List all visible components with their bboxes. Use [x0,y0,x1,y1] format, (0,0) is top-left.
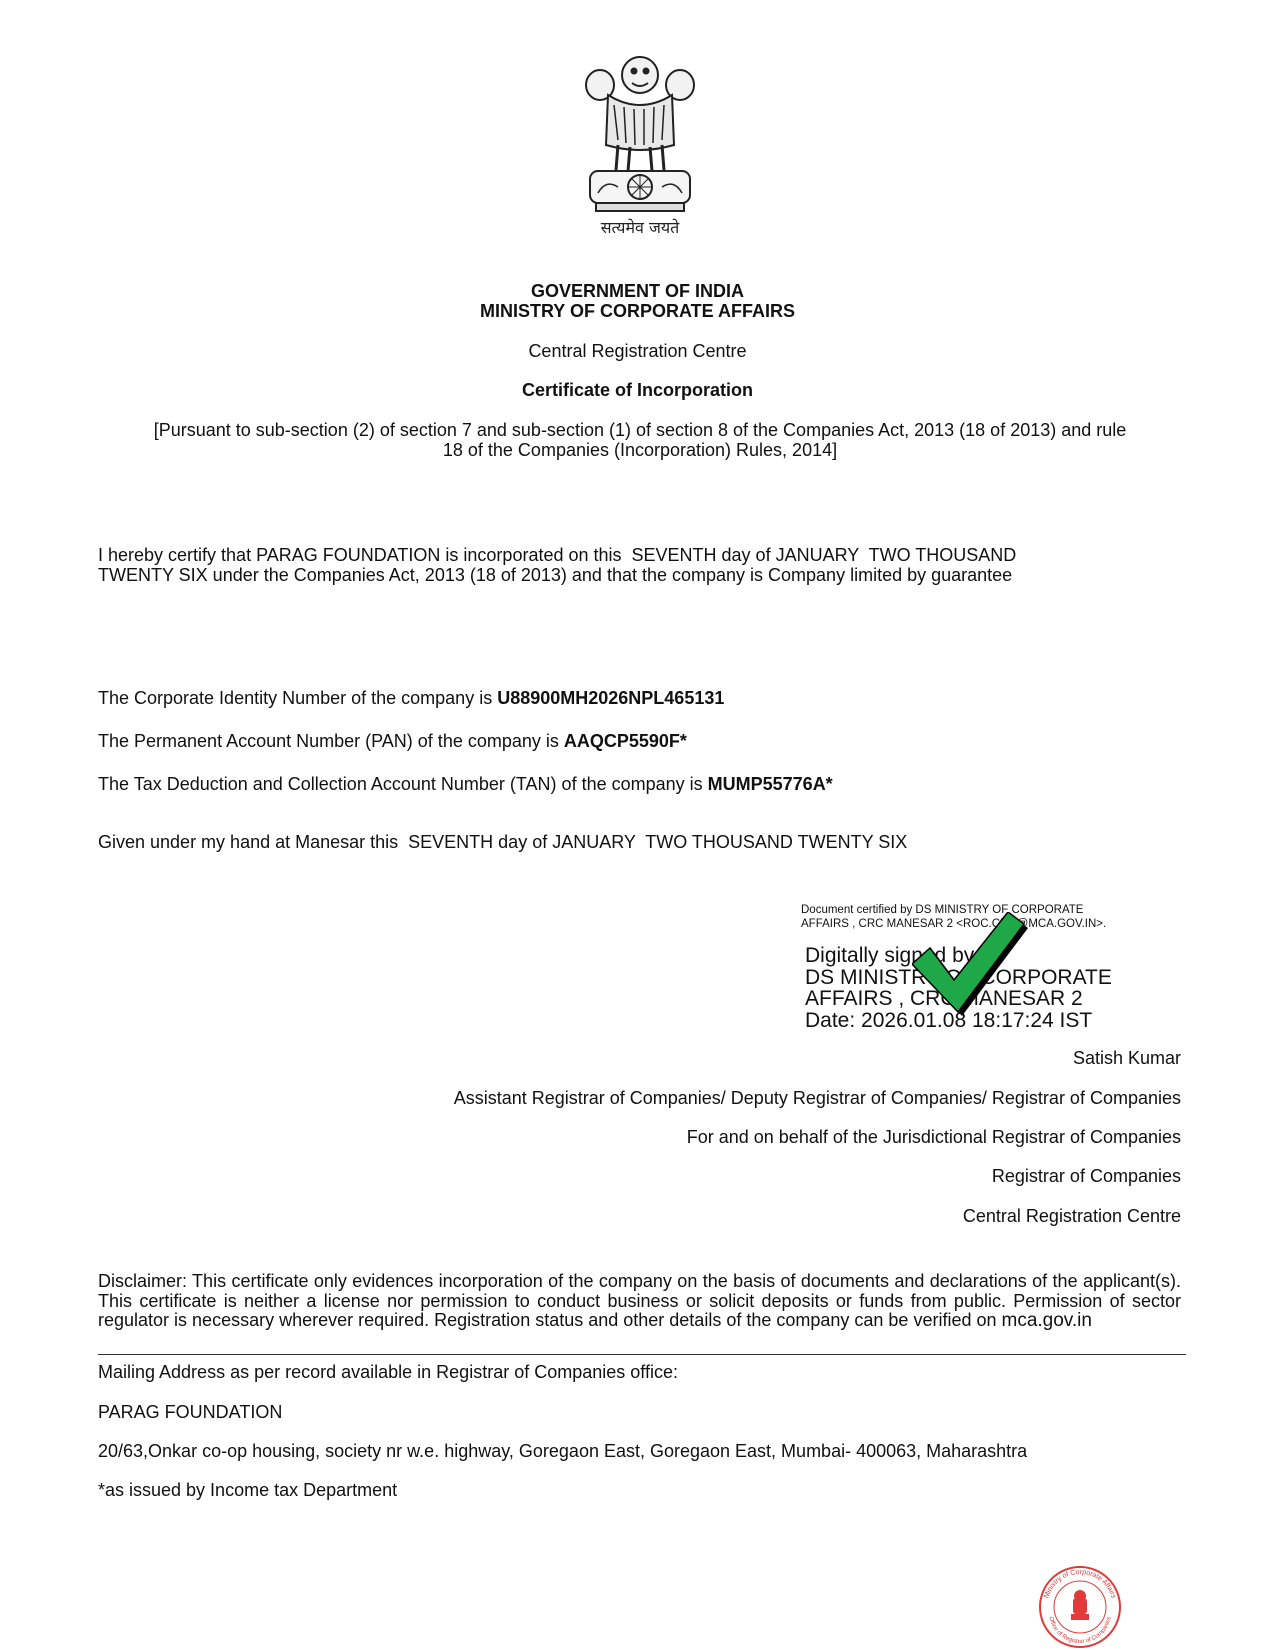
section-divider [98,1354,1186,1355]
pursuant-clause: [Pursuant to sub-section (2) of section … [100,420,1180,460]
centre-line: Central Registration Centre [963,1206,1181,1226]
emblem-motto: सत्यमेव जयते [578,216,702,238]
given-under-hand: Given under my hand at Manesar this SEVE… [98,832,907,852]
certification-line-1: I hereby certify that PARAG FOUNDATION i… [98,545,1198,565]
certification-line-2: TWENTY SIX under the Companies Act, 2013… [98,565,1198,585]
pan-label: The Permanent Account Number (PAN) of th… [98,731,564,751]
office-name: Central Registration Centre [0,341,1275,361]
government-of-india: GOVERNMENT OF INDIA [0,281,1275,301]
cin-label: The Corporate Identity Number of the com… [98,688,497,708]
disclaimer: Disclaimer: This certificate only eviden… [98,1272,1181,1331]
cin-value: U88900MH2026NPL465131 [497,688,724,708]
footnote: *as issued by Income tax Department [98,1480,397,1500]
pan-line: The Permanent Account Number (PAN) of th… [98,731,687,751]
roc-seal-icon: Ministry of Corporate Affairs Office of … [1035,1562,1125,1650]
signatory-designation: Assistant Registrar of Companies/ Deputy… [454,1088,1181,1108]
mca-link[interactable]: mca.gov.in [1002,1310,1092,1331]
pan-value: AAQCP5590F* [564,731,687,751]
national-emblem-icon [578,40,702,240]
ministry-name: MINISTRY OF CORPORATE AFFAIRS [0,301,1275,321]
certificate-title: Certificate of Incorporation [0,380,1275,400]
certification-paragraph: I hereby certify that PARAG FOUNDATION i… [98,545,1198,585]
mailing-heading: Mailing Address as per record available … [98,1362,678,1382]
registrar-line: Registrar of Companies [992,1166,1181,1186]
signatory-name: Satish Kumar [1073,1048,1181,1068]
cin-line: The Corporate Identity Number of the com… [98,688,724,708]
pursuant-line-1: [Pursuant to sub-section (2) of section … [100,420,1180,440]
signature-valid-check-icon [912,912,1030,1022]
mailing-address: 20/63,Onkar co-op housing, society nr w.… [98,1441,1027,1461]
pursuant-line-2: 18 of the Companies (Incorporation) Rule… [100,440,1180,460]
tan-value: MUMP55776A* [708,774,833,794]
mailing-company: PARAG FOUNDATION [98,1402,282,1422]
on-behalf-line: For and on behalf of the Jurisdictional … [687,1127,1181,1147]
tan-line: The Tax Deduction and Collection Account… [98,774,833,794]
government-heading: GOVERNMENT OF INDIA MINISTRY OF CORPORAT… [0,281,1275,321]
tan-label: The Tax Deduction and Collection Account… [98,774,708,794]
